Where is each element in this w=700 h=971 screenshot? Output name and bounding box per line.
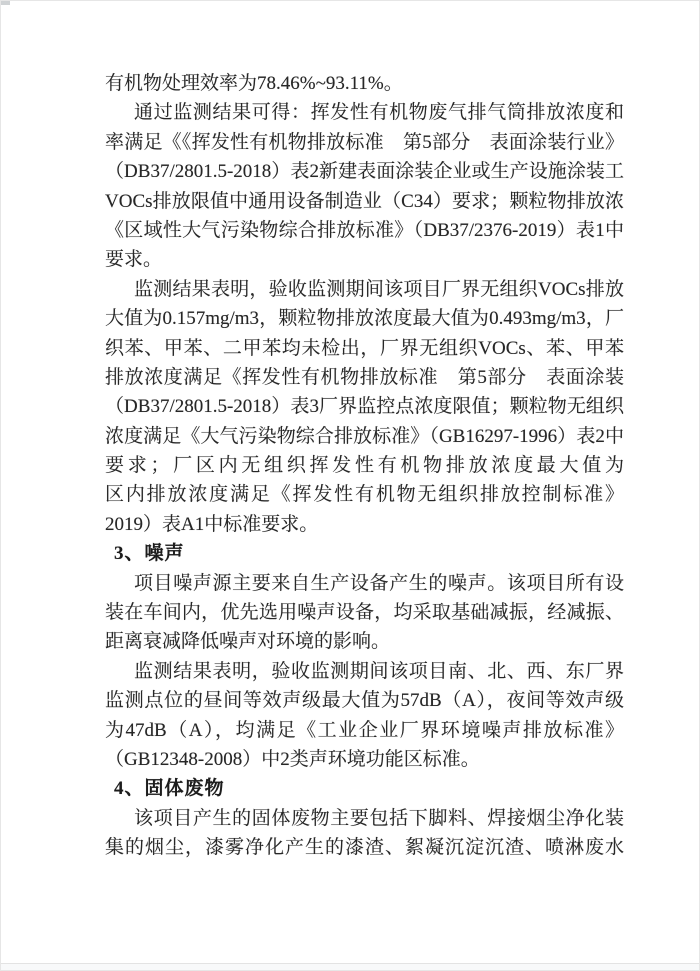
page-bottom-edge	[1, 963, 699, 970]
text-line: 为47dB（A），均满足《工业企业厂界环境噪声排放标准》	[105, 716, 624, 745]
scan-corner-artifact	[1, 1, 10, 5]
text-line: 区内排放浓度满足《挥发性有机物无组织排放控制标准》（GB37822-	[105, 480, 624, 509]
text-line: 率满足《《挥发性有机物排放标准 第5部分 表面涂装行业》	[105, 128, 624, 157]
text-line: 该项目产生的固体废物主要包括下脚料、焊接烟尘净化装置收	[105, 804, 624, 833]
document-page: 有机物处理效率为78.46%~93.11%。 通过监测结果可得：挥发性有机物废气…	[0, 0, 700, 971]
text-line: 项目噪声源主要来自生产设备产生的噪声。该项目所有设备均安	[105, 569, 624, 598]
text-line: 有机物处理效率为78.46%~93.11%。	[105, 69, 624, 98]
heading-noise: 3、噪声	[114, 539, 624, 568]
text-line: 要求。	[105, 245, 624, 274]
text-line: 织苯、甲苯、二甲苯均未检出，厂界无组织VOCs、苯、甲苯和二甲苯	[105, 334, 624, 363]
text-line: 监测结果表明，验收监测期间该项目厂界无组织VOCs排放浓度最	[105, 275, 624, 304]
text-line: 监测点位的昼间等效声级最大值为57dB（A），夜间等效声级最大值	[105, 686, 624, 715]
text-line: （DB37/2801.5-2018）表3厂界监控点浓度限值；颗粒物无组织排放	[105, 392, 624, 421]
text-line: VOCs排放限值中通用设备制造业（C34）要求；颗粒物排放浓度满足	[105, 187, 624, 216]
text-line: 装在车间内，优先选用噪声设备，均采取基础减振，经减振、隔声、	[105, 598, 624, 627]
text-line: 集的烟尘，漆雾净化产生的漆渣、絮凝沉淀沉渣、喷淋废水（循环	[105, 833, 624, 862]
text-line: 排放浓度满足《挥发性有机物排放标准 第5部分 表面涂装行业》	[105, 363, 624, 392]
text-line: 2019）表A1中标准要求。	[105, 510, 624, 539]
heading-solid-waste: 4、固体废物	[114, 774, 624, 803]
text-line: 监测结果表明，验收监测期间该项目南、北、西、东厂界外4个	[105, 657, 624, 686]
document-text-block: 有机物处理效率为78.46%~93.11%。 通过监测结果可得：挥发性有机物废气…	[105, 69, 624, 863]
text-line: 距离衰减降低噪声对环境的影响。	[105, 627, 624, 656]
text-line: 要求；厂区内无组织挥发性有机物排放浓度最大值为1.87mg/m3，厂	[105, 451, 624, 480]
text-line: 《区域性大气污染物综合排放标准》（DB37/2376-2019）表1中标准	[105, 216, 624, 245]
text-line: 浓度满足《大气污染物综合排放标准》（GB16297-1996）表2中标准	[105, 422, 624, 451]
text-line: 通过监测结果可得：挥发性有机物废气排气筒排放浓度和排放速	[105, 98, 624, 127]
text-line: 大值为0.157mg/m3，颗粒物排放浓度最大值为0.493mg/m3，厂界无组	[105, 304, 624, 333]
text-line: （DB37/2801.5-2018）表2新建表面涂装企业或生产设施涂装工序	[105, 157, 624, 186]
text-line: （GB12348-2008）中2类声环境功能区标准。	[105, 745, 624, 774]
